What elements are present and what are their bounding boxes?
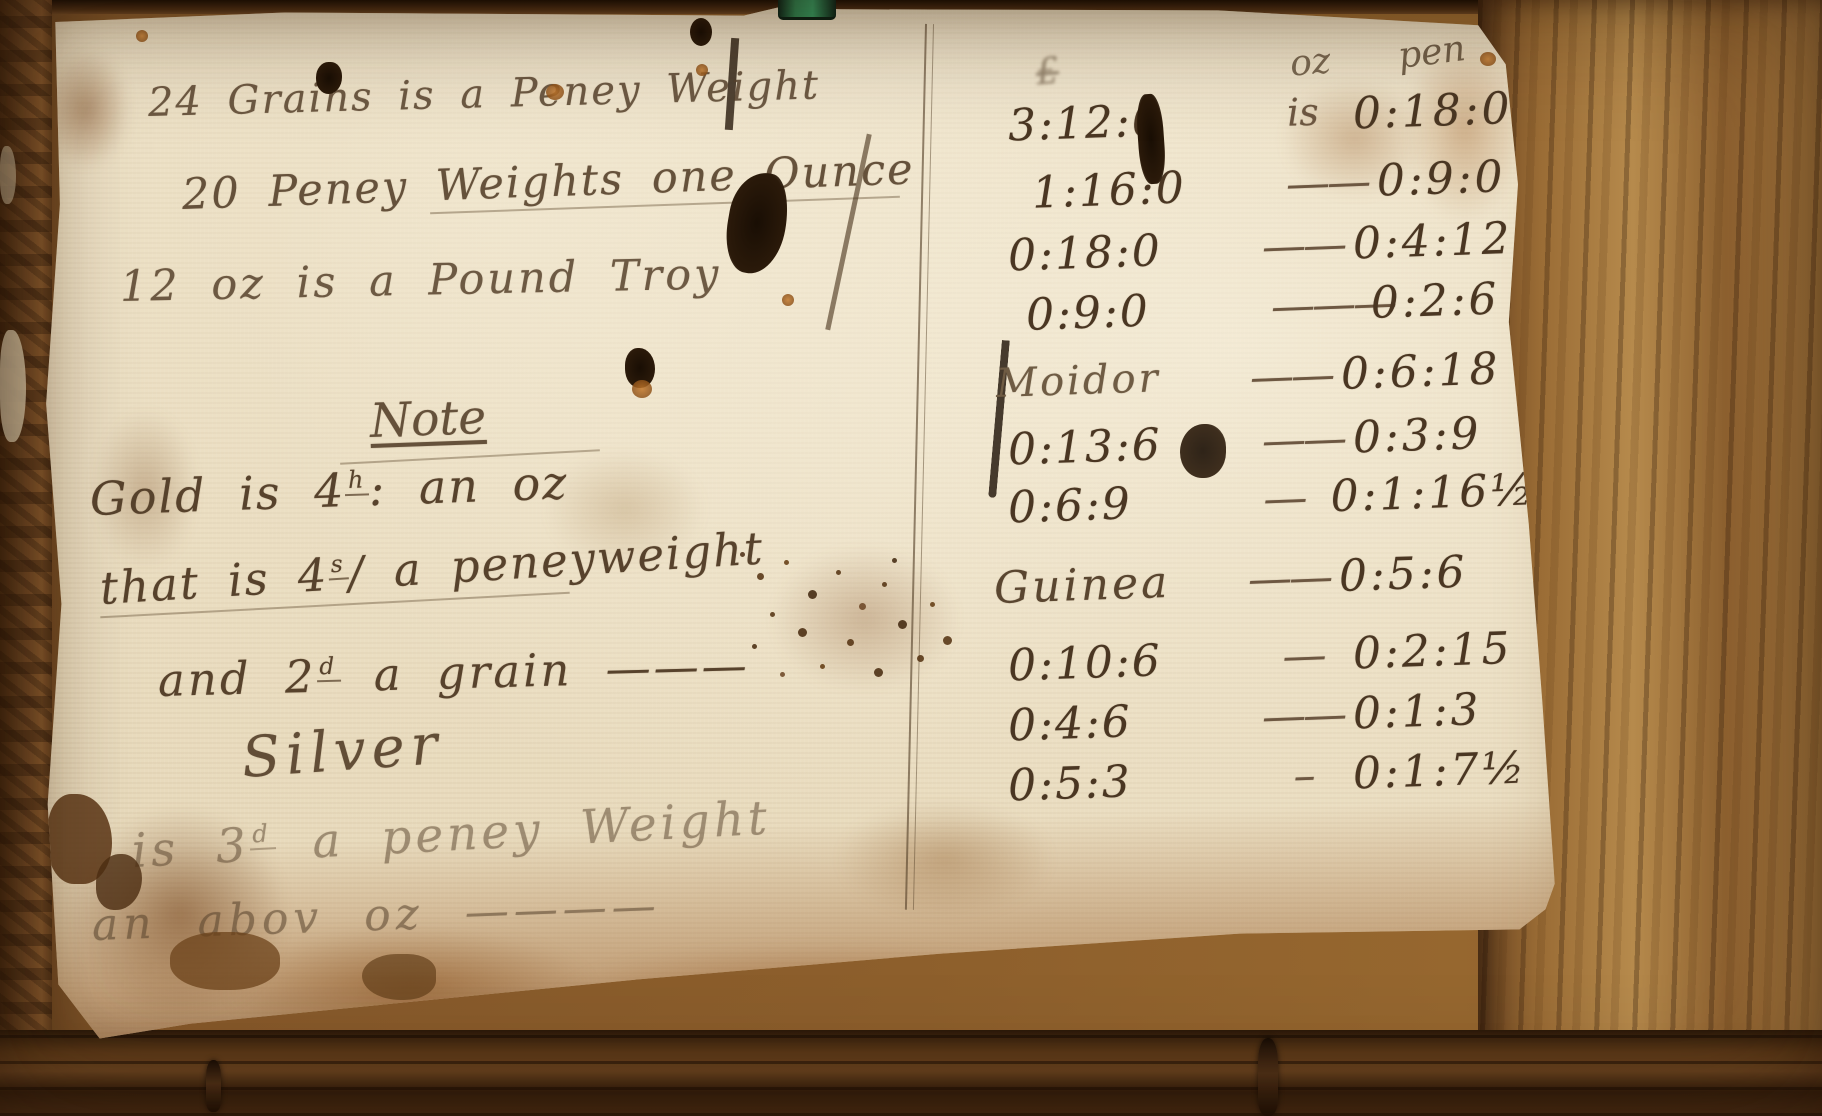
handwritten-line: 24 Grains is a Peney Weight [147, 62, 820, 126]
line-text: 12 oz is a Pound Troy [119, 249, 721, 312]
weight-value: 0:1:16½ [1330, 464, 1537, 522]
join-dash: – [1252, 749, 1354, 803]
ink-speckles [740, 552, 745, 557]
money-value: Moidor [969, 352, 1242, 412]
ink-blot [1180, 424, 1226, 478]
handwritten-line: that is 4s/ a peneyweight [98, 521, 765, 615]
money-value: 0:18:0 [969, 222, 1254, 283]
weight-value: 0:4:12 [1352, 212, 1537, 269]
join-dash: — [1236, 471, 1331, 525]
money-value: 0:10:6 [969, 632, 1254, 693]
weight-value: 0:9:0 [1376, 150, 1537, 207]
table-row: 0:18:0——0:4:12 [969, 212, 1536, 283]
line-text: 20 Peney Weights one Ounce [181, 144, 915, 220]
join-dash: — [1252, 629, 1354, 683]
table-row: 3:12:0is0:18:0 [969, 82, 1536, 153]
line-text: : an oz [368, 455, 569, 516]
money-value: 3:12:0 [969, 92, 1254, 153]
line-text: a grain ——— [340, 639, 751, 703]
torn-paper-remnant [0, 146, 16, 204]
handwritten-line: 20 Peney Weights one Ounce [181, 144, 915, 220]
handwritten-line: is 3d a peney Weight [131, 791, 773, 879]
join-dash: is [1252, 89, 1354, 143]
rust-spot [696, 64, 708, 76]
ink-blot [690, 18, 712, 46]
rust-spot [632, 380, 652, 398]
handwritten-line: Silver [240, 712, 446, 791]
line-text: Note [369, 390, 487, 449]
damage-patch [170, 932, 280, 990]
table-row: Guinea——0:5:6 [969, 544, 1536, 615]
weight-value: 0:1:7½ [1352, 742, 1537, 799]
table-row: 0:10:6—0:2:15 [969, 622, 1536, 693]
nail [206, 1060, 221, 1112]
handwritten-line: 12 oz is a Pound Troy [119, 249, 721, 312]
weight-value: 0:5:6 [1338, 544, 1537, 602]
line-text: a peney Weight [274, 791, 772, 872]
table-row: 0:4:6——0:1:3 [969, 682, 1536, 753]
wood-frame-bottom [0, 1030, 1822, 1116]
line-text: and 2 [157, 650, 317, 707]
money-value: Guinea [969, 555, 1240, 615]
handwritten-line: and 2d a grain ——— [157, 639, 750, 707]
handwritten-line: Gold is 4h: an oz [89, 455, 569, 526]
money-value: 0:5:3 [969, 752, 1254, 813]
join-dash: —— [1252, 219, 1354, 273]
rust-spot [546, 84, 564, 100]
table-row: 0:5:3–0:1:7½ [969, 742, 1536, 813]
line-text: is 3 [131, 818, 252, 879]
join-dash: —— [1252, 689, 1354, 743]
handwritten-line: Note [369, 390, 487, 449]
join-dash: —— [1252, 413, 1354, 467]
weight-value: 0:2:15 [1352, 622, 1537, 679]
conversion-table: £ oz pen w 3:12:0is0:18:01:16:0——0:9:00:… [970, 34, 1536, 824]
money-value: 1:16:0 [969, 159, 1278, 221]
superscript-letter: d [248, 818, 275, 850]
line-text: Silver [240, 712, 446, 791]
money-value: 0:4:6 [969, 692, 1254, 753]
table-row: 0:9:0———0:2:6 [969, 272, 1536, 343]
weight-value: 0:1:3 [1352, 682, 1537, 739]
nail [1258, 1038, 1278, 1116]
weight-value: 0:6:18 [1340, 342, 1537, 400]
line-text: 24 Grains is a Peney Weight [147, 62, 820, 126]
photo-canvas: 24 Grains is a Peney Weight20 Peney Weig… [0, 0, 1822, 1116]
handwritten-line: an abov oz ———— [91, 880, 661, 951]
rust-spot [1480, 52, 1496, 66]
superscript-letter: d [316, 652, 341, 683]
rust-spot [136, 30, 148, 42]
superscript-letter: s [327, 549, 349, 580]
money-value: 0:6:9 [969, 475, 1238, 535]
line-text: an abov oz ———— [91, 880, 661, 951]
join-dash: —— [1238, 551, 1340, 605]
green-clasp [778, 0, 836, 20]
superscript-letter: h [344, 465, 368, 496]
line-text: Gold is 4 [89, 463, 346, 526]
join-dash: ——— [1270, 278, 1372, 332]
damage-patch [362, 954, 436, 1000]
weight-value: 0:3:9 [1352, 406, 1537, 463]
line-text: / a peneyweight [347, 521, 766, 599]
line-text: that is 4 [98, 548, 330, 615]
table-row: 1:16:0——0:9:0 [969, 150, 1536, 221]
manuscript-paper: 24 Grains is a Peney Weight20 Peney Weig… [40, 4, 1570, 1064]
money-value: 0:9:0 [969, 281, 1272, 342]
join-dash: —— [1276, 156, 1378, 210]
conversion-table-rows: 3:12:0is0:18:01:16:0——0:9:00:18:0——0:4:1… [970, 34, 1536, 824]
join-dash: —— [1240, 349, 1342, 403]
table-row: Moidor——0:6:18 [969, 342, 1536, 413]
table-row: 0:6:9—0:1:16½ [969, 464, 1536, 535]
rust-spot [782, 294, 794, 306]
torn-paper-remnant [0, 330, 26, 442]
